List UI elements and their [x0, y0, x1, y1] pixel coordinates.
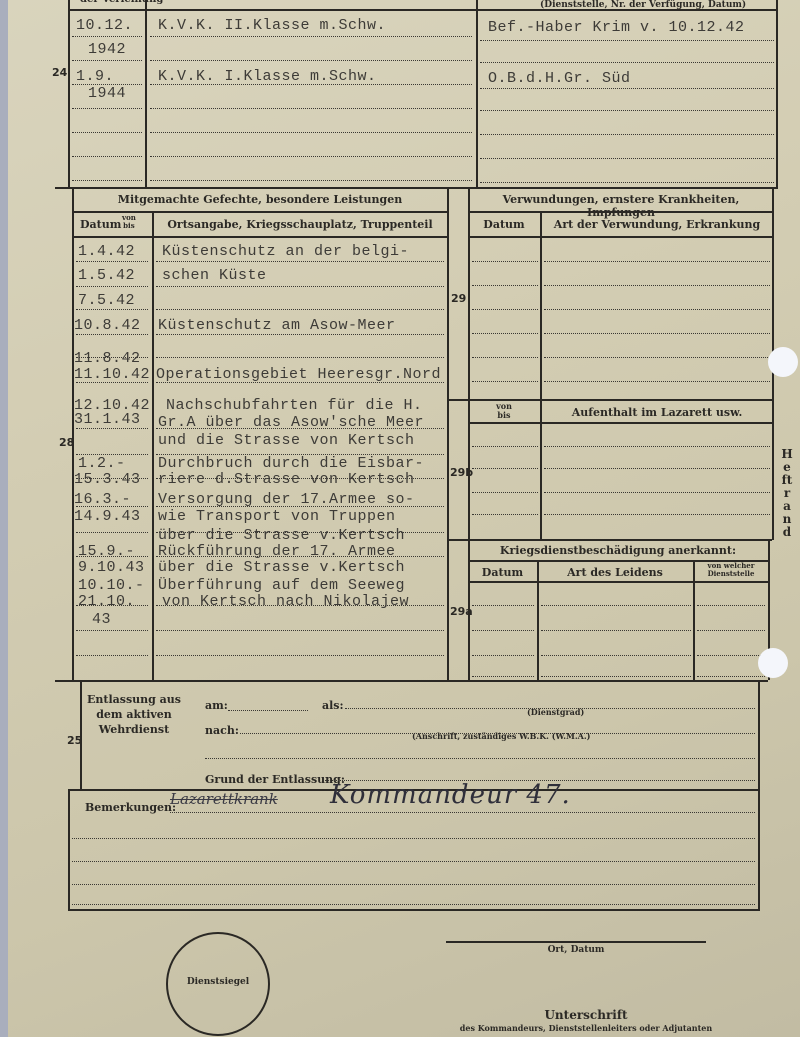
discharge-address-hint: (Anschrift, zuständiges W.B.K. (W.M.A.): [412, 731, 590, 741]
campaign-text: und die Strasse von Kertsch: [158, 432, 415, 449]
campaign-date: 11.10.42: [74, 366, 150, 383]
remarks-handwritten-struck: Lazarettkrank: [170, 790, 278, 808]
campaign-date: 31.1.43: [74, 411, 141, 428]
punch-hole: [768, 347, 798, 377]
campaign-date: 10.8.42: [74, 317, 141, 334]
campaign-text: von Kertsch nach Nikolajew: [162, 593, 409, 610]
punch-hole: [758, 648, 788, 678]
campaign-date: 16.3.-: [74, 491, 131, 508]
war-damage-title: Kriegsdienstbeschädigung anerkannt:: [468, 544, 768, 557]
discharge-label: Entlassung aus dem aktiven Wehrdienst: [84, 692, 184, 737]
campaign-date: 21.10.: [78, 593, 135, 610]
background-edge: [0, 0, 8, 1037]
campaign-text: über die Strasse v.Kertsch: [158, 559, 405, 576]
war-damage-col-date: Datum: [468, 566, 537, 579]
campaign-date: 1.2.-: [78, 455, 126, 472]
wounds-col-type: Art der Verwundung, Erkrankung: [540, 218, 774, 231]
campaign-text: Gr.A über das Asow'sche Meer: [158, 414, 424, 431]
award-name: K.V.K. I.Klasse m.Schw.: [158, 68, 377, 85]
award-authority: O.B.d.H.Gr. Süd: [488, 70, 631, 87]
section-number-25: 25: [67, 734, 82, 747]
campaign-text: Nachschubfahrten für die H.: [166, 397, 423, 414]
campaign-text: Überführung auf dem Seeweg: [158, 577, 405, 594]
wounds-title: Verwundungen, ernstere Krankheiten, Impf…: [468, 193, 774, 219]
campaign-text: schen Küste: [162, 267, 267, 284]
signature-label: Unterschrift: [456, 1008, 716, 1022]
war-damage-col-type: Art des Leidens: [537, 566, 693, 579]
section-number-29b: 29b: [450, 466, 473, 479]
campaign-text: Durchbruch durch die Eisbar-: [158, 455, 424, 472]
award-date: 1.9.: [76, 68, 114, 85]
award-name: K.V.K. II.Klasse m.Schw.: [158, 17, 386, 34]
hospital-col-stay: Aufenthalt im Lazarett usw.: [540, 406, 774, 419]
wounds-col-date: Datum: [468, 218, 540, 231]
campaign-text: über die Strasse v.Kertsch: [158, 527, 405, 544]
seal-label: Dienstsiegel: [166, 977, 270, 987]
section-number-29a: 29a: [450, 605, 473, 618]
campaign-date: 15.9.-: [78, 543, 135, 560]
hospital-col-vonbis: von bis: [468, 402, 540, 420]
campaign-date: 10.10.-: [78, 577, 145, 594]
section-number-24: 24: [52, 66, 67, 79]
awards-header-left: der Verleihung: [80, 0, 163, 5]
campaign-text: Operationsgebiet Heeresgr.Nord: [156, 366, 441, 383]
binding-margin-label: Heftrand: [781, 448, 793, 539]
campaign-date: 11.8.42: [74, 350, 141, 367]
war-damage-col-authority: von welcher Dienststelle: [695, 562, 767, 578]
discharge-reason-label: Grund der Entlassung:: [205, 773, 345, 786]
discharge-als-label: als:: [322, 699, 344, 712]
discharge-rank-hint: (Dienstgrad): [527, 707, 584, 717]
campaign-text: Küstenschutz an der belgi-: [162, 243, 409, 260]
campaigns-col-date: Datum: [80, 218, 121, 231]
campaign-date: 15.3.43: [74, 471, 141, 488]
discharge-am-label: am:: [205, 699, 228, 712]
campaign-text: riere d.Strasse von Kertsch: [158, 471, 415, 488]
signature-sub: des Kommandeurs, Dienststellenleiters od…: [456, 1023, 716, 1033]
place-date-label: Ort, Datum: [446, 945, 706, 955]
campaigns-col-vonbis: von bis: [122, 214, 136, 230]
campaign-text: Küstenschutz am Asow-Meer: [158, 317, 396, 334]
award-year: 1942: [88, 41, 126, 58]
campaign-date: 1.5.42: [78, 267, 135, 284]
award-date: 10.12.: [76, 17, 133, 34]
discharge-nach-label: nach:: [205, 724, 239, 737]
section-number-29: 29: [451, 292, 466, 305]
section-number-28: 28: [59, 436, 74, 449]
campaign-date: 7.5.42: [78, 292, 135, 309]
campaigns-title: Mitgemachte Gefechte, besondere Leistung…: [72, 193, 448, 206]
campaign-text: wie Transport von Truppen: [158, 508, 396, 525]
award-year: 1944: [88, 85, 126, 102]
campaign-text: Rückführung der 17. Armee: [158, 543, 396, 560]
remarks-handwritten: Kommandeur 47.: [330, 780, 571, 810]
campaign-date: 43: [92, 611, 111, 628]
remarks-label: Bemerkungen:: [85, 801, 176, 814]
campaign-date: 1.4.42: [78, 243, 135, 260]
award-authority: Bef.-Haber Krim v. 10.12.42: [488, 19, 745, 36]
campaign-date: 9.10.43: [78, 559, 145, 576]
campaign-text: Versorgung der 17.Armee so-: [158, 491, 415, 508]
campaigns-col-location: Ortsangabe, Kriegsschauplatz, Truppentei…: [152, 218, 448, 231]
campaign-date: 14.9.43: [74, 508, 141, 525]
